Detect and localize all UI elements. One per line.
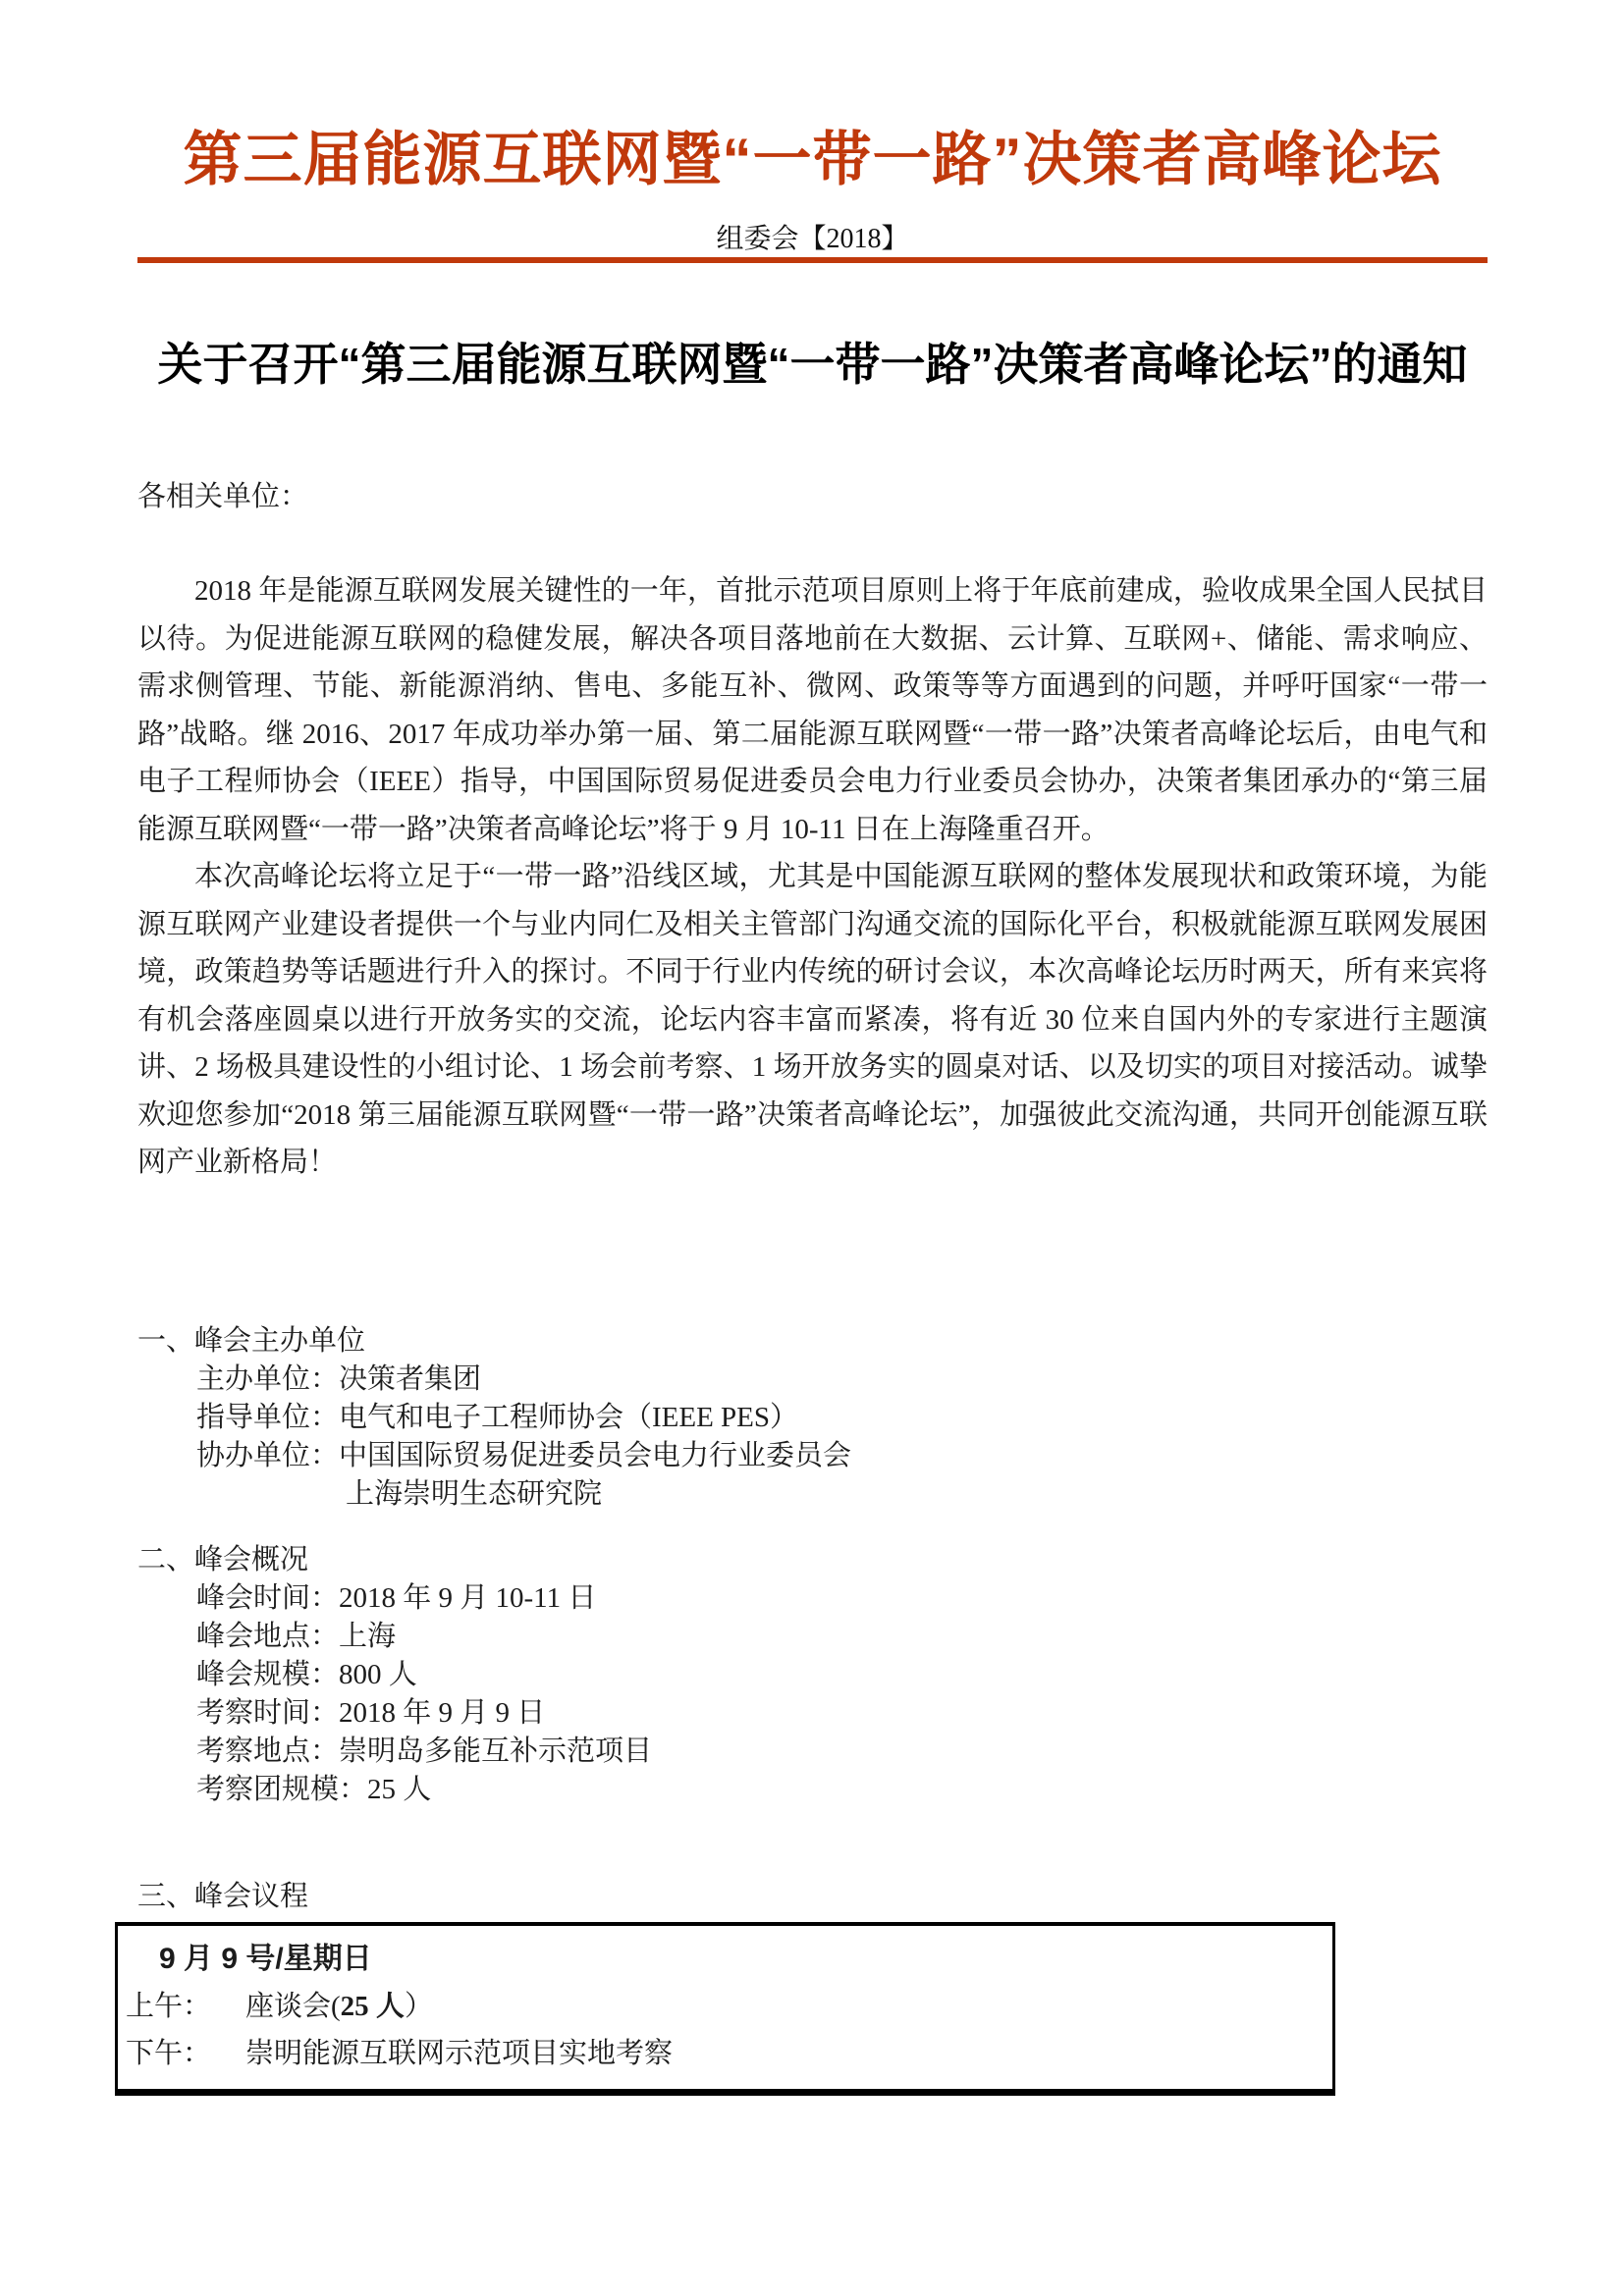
agenda-row-afternoon: 下午：崇明能源互联网示范项目实地考察 (126, 2030, 1323, 2077)
agenda-afternoon-activity: 崇明能源互联网示范项目实地考察 (245, 2038, 673, 2069)
overview-tour-location: 考察地点：崇明岛多能互补示范项目 (137, 1733, 1488, 1771)
section-overview: 二、峰会概况 峰会时间：2018 年 9 月 10-11 日 峰会地点：上海 峰… (137, 1541, 1488, 1809)
overview-summit-location: 峰会地点：上海 (137, 1618, 1488, 1656)
organizer-co-organizer-continued: 上海崇明生态研究院 (137, 1475, 1488, 1514)
section-overview-heading: 二、峰会概况 (137, 1541, 1488, 1579)
agenda-row-morning: 上午：座谈会(25 人） (126, 1983, 1323, 2030)
notice-document-page: 第三届能源互联网暨“一带一路”决策者高峰论坛 组委会【2018】 关于召开“第三… (0, 0, 1624, 2296)
organizer-host: 主办单位：决策者集团 (137, 1361, 1488, 1399)
overview-summit-time: 峰会时间：2018 年 9 月 10-11 日 (137, 1579, 1488, 1618)
red-divider-line (137, 257, 1488, 263)
paragraph-intro: 2018 年是能源互联网发展关键性的一年，首批示范项目原则上将于年底前建成，验收… (137, 567, 1488, 853)
section-organizers-heading: 一、峰会主办单位 (137, 1322, 1488, 1361)
section-agenda-heading: 三、峰会议程 (137, 1878, 1488, 1916)
overview-tour-time: 考察时间：2018 年 9 月 9 日 (137, 1694, 1488, 1733)
organizer-co-organizer: 协办单位：中国国际贸易促进委员会电力行业委员会 (137, 1437, 1488, 1475)
agenda-afternoon-label: 下午： (126, 2030, 245, 2077)
agenda-morning-activity: 座谈会( (245, 1991, 341, 2022)
organizer-guidance: 指导单位：电气和电子工程师协会（IEEE PES） (137, 1399, 1488, 1437)
section-organizers: 一、峰会主办单位 主办单位：决策者集团 指导单位：电气和电子工程师协会（IEEE… (137, 1322, 1488, 1514)
paragraph-forum-details: 本次高峰论坛将立足于“一带一路”沿线区域，尤其是中国能源互联网的整体发展现状和政… (137, 853, 1488, 1187)
body-paragraphs: 2018 年是能源互联网发展关键性的一年，首批示范项目原则上将于年底前建成，验收… (137, 567, 1488, 1187)
agenda-morning-label: 上午： (126, 1983, 245, 2030)
committee-doc-number: 组委会【2018】 (137, 226, 1488, 253)
agenda-morning-activity-suffix: ） (405, 1991, 433, 2022)
agenda-morning-headcount: 25 人 (341, 1991, 405, 2022)
section-agenda: 三、峰会议程 9 月 9 号/星期日 上午：座谈会(25 人） 下午：崇明能源互… (137, 1878, 1488, 2096)
overview-tour-scale: 考察团规模：25 人 (137, 1771, 1488, 1809)
agenda-table: 9 月 9 号/星期日 上午：座谈会(25 人） 下午：崇明能源互联网示范项目实… (115, 1922, 1335, 2096)
forum-masthead-title: 第三届能源互联网暨“一带一路”决策者高峰论坛 (137, 130, 1488, 190)
overview-summit-scale: 峰会规模：800 人 (137, 1656, 1488, 1694)
agenda-day-header: 9 月 9 号/星期日 (126, 1936, 1323, 1983)
notice-title: 关于召开“第三届能源互联网暨“一带一路”决策者高峰论坛”的通知 (137, 338, 1488, 391)
salutation: 各相关单位： (137, 473, 1488, 520)
